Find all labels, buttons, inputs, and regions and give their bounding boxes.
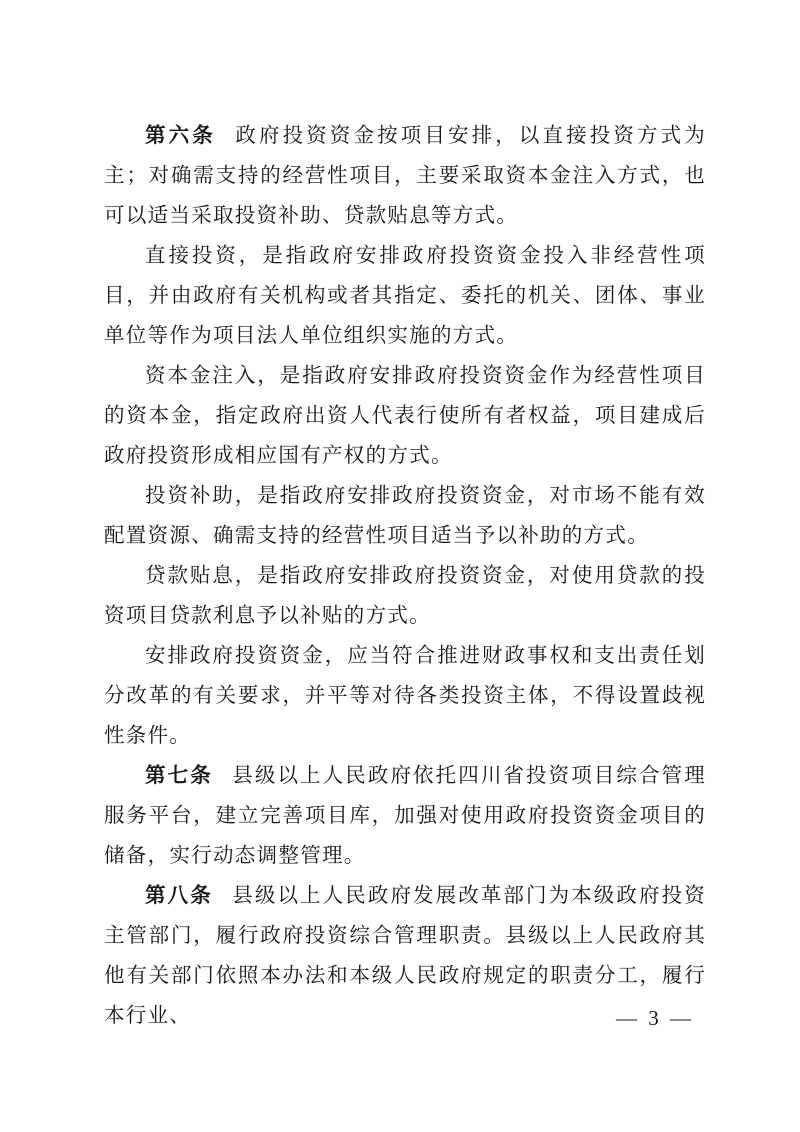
paragraph-investment-subsidy: 投资补助，是指政府安排政府投资资金，对市场不能有效配置资源、确需支持的经营性项目… — [104, 476, 706, 556]
article-6-number: 第六条 — [145, 124, 216, 147]
paragraph-loan-discount: 贷款贴息，是指政府安排政府投资资金，对使用贷款的投资项目贷款利息予以补贴的方式。 — [104, 556, 706, 636]
paragraph-fund-arrangement: 安排政府投资资金，应当符合推进财政事权和支出责任划分改革的有关要求，并平等对待各… — [104, 636, 706, 756]
paragraph-capital-injection: 资本金注入，是指政府安排政府投资资金作为经营性项目的资本金，指定政府出资人代表行… — [104, 356, 706, 476]
paragraph-direct-investment: 直接投资，是指政府安排政府投资资金投入非经营性项目，并由政府有关机构或者其指定、… — [104, 236, 706, 356]
document-page: 第六条政府投资资金按项目安排，以直接投资方式为主；对确需支持的经营性项目，主要采… — [0, 0, 800, 1132]
page-number: — 3 — — [616, 1006, 694, 1031]
article-7-number: 第七条 — [145, 764, 213, 787]
fund-arrangement-text: 安排政府投资资金，应当符合推进财政事权和支出责任划分改革的有关要求，并平等对待各… — [104, 645, 706, 747]
paragraph-article-6: 第六条政府投资资金按项目安排，以直接投资方式为主；对确需支持的经营性项目，主要采… — [104, 116, 706, 236]
direct-investment-text: 直接投资，是指政府安排政府投资资金投入非经营性项目，并由政府有关机构或者其指定、… — [104, 245, 706, 347]
investment-subsidy-text: 投资补助，是指政府安排政府投资资金，对市场不能有效配置资源、确需支持的经营性项目… — [104, 485, 706, 547]
loan-discount-text: 贷款贴息，是指政府安排政府投资资金，对使用贷款的投资项目贷款利息予以补贴的方式。 — [104, 565, 706, 627]
paragraph-article-7: 第七条县级以上人民政府依托四川省投资项目综合管理服务平台，建立完善项目库，加强对… — [104, 756, 706, 876]
capital-injection-text: 资本金注入，是指政府安排政府投资资金作为经营性项目的资本金，指定政府出资人代表行… — [104, 365, 706, 467]
article-8-number: 第八条 — [145, 884, 213, 907]
document-body: 第六条政府投资资金按项目安排，以直接投资方式为主；对确需支持的经营性项目，主要采… — [104, 116, 706, 1036]
